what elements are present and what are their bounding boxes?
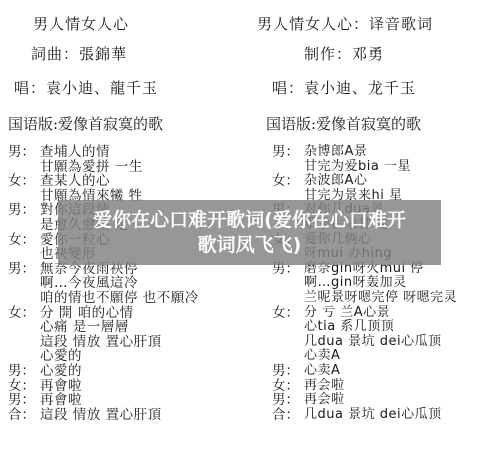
lyric-line: 心卖A <box>272 349 500 364</box>
left-lyrics: 男：查埔人的情 甘願為愛拼 一生 女：查某人的心 甘願為情來犧 牲 男：對你這段… <box>8 145 253 422</box>
left-singers: 唱：袁小迪、龍千玉 <box>14 79 158 97</box>
left-mandarin-version: 国语版:爱像首寂寞的歌 <box>8 115 163 133</box>
banner-line-2: 歌词凤飞飞) <box>198 233 302 258</box>
lyric-line: 心tia 系几顶顶 <box>272 320 500 335</box>
lyric-line: 男：心卖A <box>272 364 500 379</box>
lyric-line: 心愛的 <box>8 349 253 364</box>
lyric-line: 心痛 是一層層 <box>8 320 253 335</box>
right-singers: 唱：袁小迪、龙千玉 <box>272 79 416 97</box>
lyric-line: 男：杂博郎A景 <box>272 145 500 160</box>
lyric-line: 几dua 景坑 dei心瓜顶 <box>272 335 500 350</box>
lyric-line: 男：再会啦 <box>272 393 500 408</box>
right-song-title: 男人情女人心：译音歌词 <box>257 15 433 33</box>
lyric-line: 兰呢景呀嗯完停 呀嗯完灵 <box>272 291 500 306</box>
lyric-line: 這段 情放 置心肝頂 <box>8 335 253 350</box>
lyric-line: 啊…今夜風這冷 <box>8 276 253 291</box>
lyric-line: 男：再會啦 <box>8 393 253 408</box>
lyric-line: 女：查某人的心 <box>8 174 253 189</box>
right-lyrics: 男：杂博郎A景 甘完为爱bia 一星 女：杂波郎A心 甘完为景来hi 星 男：对… <box>272 145 500 422</box>
right-producer: 制作：邓勇 <box>304 45 384 63</box>
lyric-line: 女：杂波郎A心 <box>272 174 500 189</box>
lyric-line: 男：心愛的 <box>8 364 253 379</box>
title-overlay-banner: 爱你在心口难开歌词(爱你在心口难开 歌词凤飞飞) <box>58 200 441 265</box>
left-lyricist: 詞曲：張錦華 <box>31 45 127 63</box>
lyric-line: 女：再會啦 <box>8 379 253 394</box>
lyric-line: 甘願為愛拼 一生 <box>8 160 253 175</box>
lyric-line: 合：几dua 景坑 dei心瓜顶 <box>272 408 500 423</box>
lyric-line: 甘完为爱bia 一星 <box>272 160 500 175</box>
lyric-line: 女：再会啦 <box>272 379 500 394</box>
lyric-line: 男：查埔人的情 <box>8 145 253 160</box>
lyric-line: 啊…gin呀轰加灵 <box>272 276 500 291</box>
lyric-line: 咱的情也不願停 也不願冷 <box>8 291 253 306</box>
lyric-line: 女：分 亏 兰A心景 <box>272 306 500 321</box>
lyric-line: 女：分 開 咱的心情 <box>8 306 253 321</box>
right-mandarin-version: 国语版:爱像首寂寞的歌 <box>266 115 421 133</box>
banner-line-1: 爱你在心口难开歌词(爱你在心口难开 <box>93 208 406 233</box>
left-song-title: 男人情女人心 <box>33 15 129 33</box>
lyric-line: 合：這段 情放 置心肝頂 <box>8 408 253 423</box>
